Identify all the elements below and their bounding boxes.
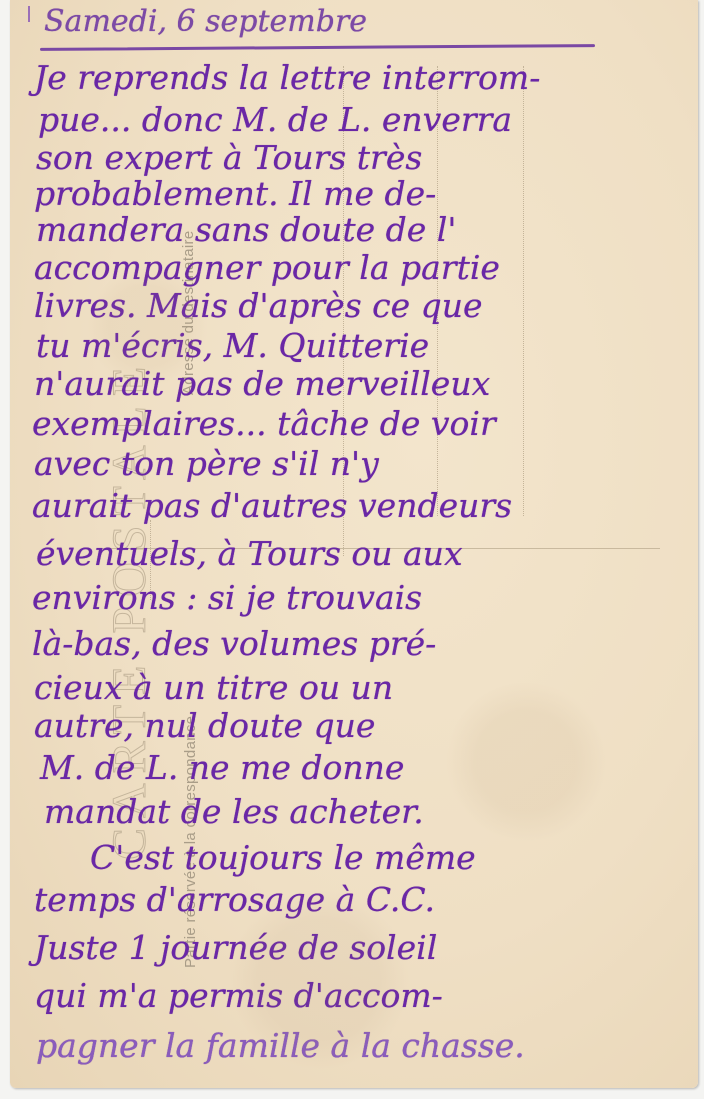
corner-mark xyxy=(28,6,30,22)
letter-line: mandera sans doute de l' xyxy=(36,210,456,249)
letter-line: là-bas, des volumes pré- xyxy=(32,624,436,663)
letter-line: accompagner pour la partie xyxy=(34,248,500,287)
postcard: CARTE POSTALE Adresse du destinataire Pa… xyxy=(10,0,698,1088)
letter-line: son expert à Tours très xyxy=(36,138,422,177)
letter-line: C'est toujours le même xyxy=(90,838,476,877)
letter-line: M. de L. ne me donne xyxy=(40,748,404,787)
letter-line: pue... donc M. de L. enverra xyxy=(38,100,512,139)
letter-line: exemplaires... tâche de voir xyxy=(32,404,496,443)
letter-line: temps d'arrosage à C.C. xyxy=(34,880,435,919)
date-underline xyxy=(40,44,595,51)
letter-line: livres. Mais d'après ce que xyxy=(34,286,483,325)
letter-line: probablement. Il me de- xyxy=(34,174,436,213)
letter-line: environs : si je trouvais xyxy=(32,578,422,617)
letter-line: tu m'écris, M. Quitterie xyxy=(36,326,429,365)
letter-line: qui m'a permis d'accom- xyxy=(34,976,443,1015)
letter-line: mandat de les acheter. xyxy=(44,792,424,831)
letter-line: Juste 1 journée de soleil xyxy=(34,928,437,967)
letter-line: avec ton père s'il n'y xyxy=(34,444,379,483)
letter-line: éventuels, à Tours ou aux xyxy=(36,534,463,573)
letter-line: autre, nul doute que xyxy=(34,706,375,745)
letter-line: cieux à un titre ou un xyxy=(34,668,393,707)
letter-line: pagner la famille à la chasse. xyxy=(36,1026,525,1065)
letter-date: Samedi, 6 septembre xyxy=(44,4,367,39)
letter-line: aurait pas d'autres vendeurs xyxy=(32,486,512,525)
letter-line: Je reprends la lettre interrom- xyxy=(34,58,540,97)
letter-line: n'aurait pas de merveilleux xyxy=(34,364,490,403)
divider-line-right xyxy=(523,66,524,516)
